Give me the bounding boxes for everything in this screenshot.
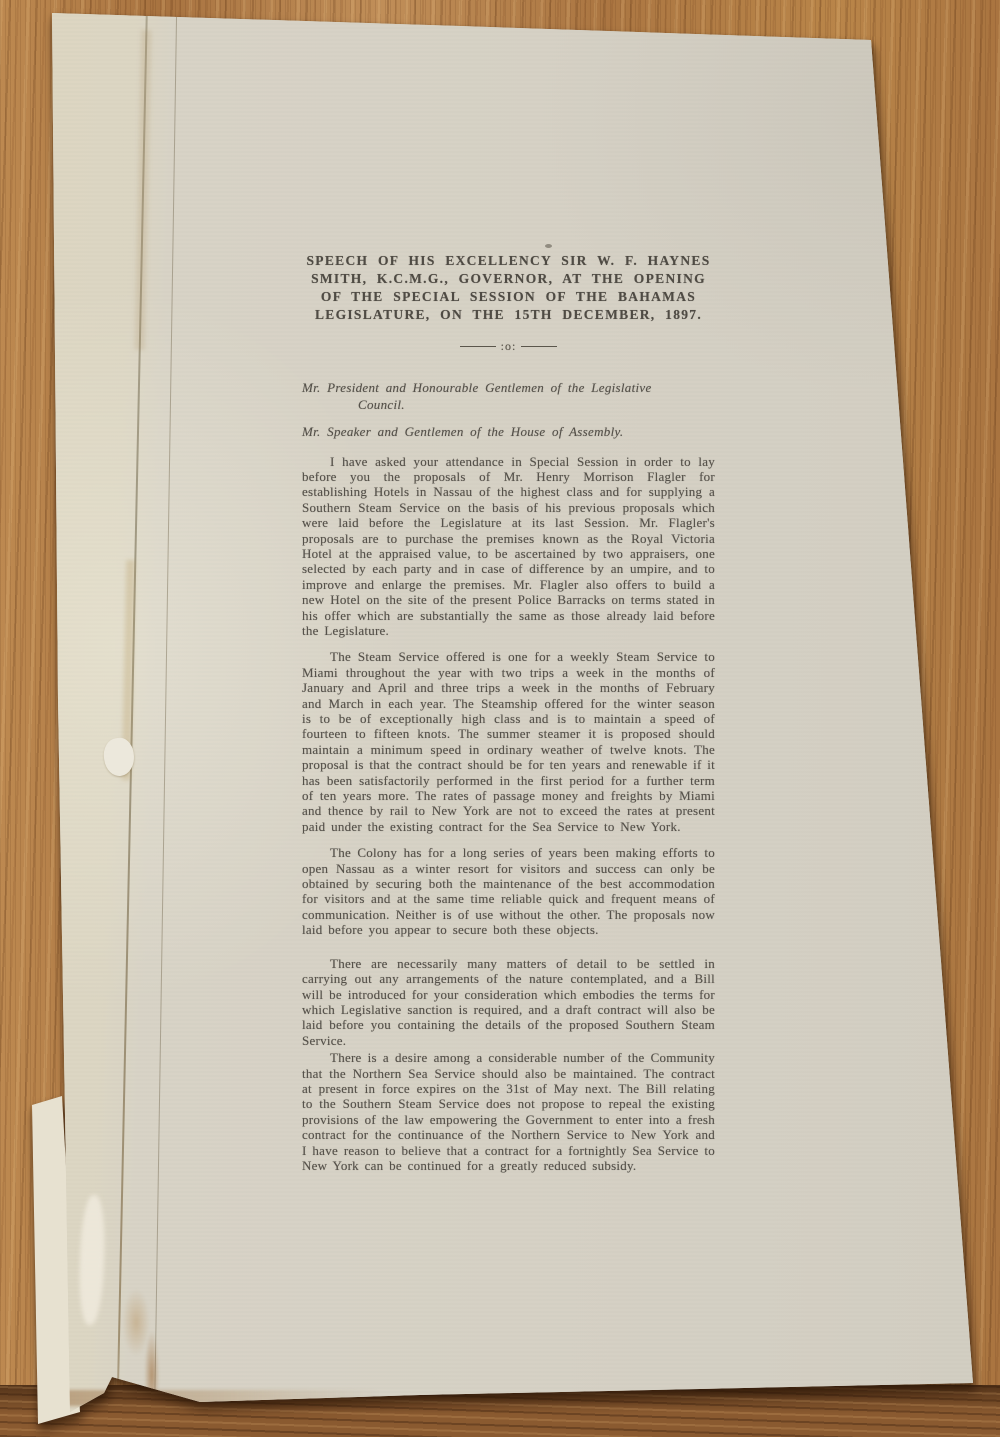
speech-body: I have asked your attendance in Special … xyxy=(302,454,715,1174)
divider-rule-left xyxy=(460,346,496,347)
speech-paragraph: There are necessarily many matters of de… xyxy=(302,956,715,1048)
document-page: SPEECH OF HIS EXCELLENCY SIR W. F. HAYNE… xyxy=(0,0,1000,1437)
page-crease-left xyxy=(116,0,148,1437)
salutations: Mr. President and Honourable Gentlemen o… xyxy=(302,380,715,441)
divider-rule-right xyxy=(521,346,557,347)
title-line: SPEECH OF HIS EXCELLENCY SIR W. F. HAYNE… xyxy=(302,252,715,270)
crease-stain xyxy=(122,560,136,780)
paper-wear-streak xyxy=(78,1195,107,1326)
divider-ornament: :o: xyxy=(501,339,517,354)
title-line: LEGISLATURE, ON THE 15TH DECEMBER, 1897. xyxy=(302,306,715,324)
photo-of-document: SPEECH OF HIS EXCELLENCY SIR W. F. HAYNE… xyxy=(0,0,1000,1437)
title-divider: :o: xyxy=(302,339,715,354)
rust-stain-bottom-edge xyxy=(60,1390,380,1406)
speech-paragraph: The Colony has for a long series of year… xyxy=(302,845,715,937)
title-line: OF THE SPECIAL SESSION OF THE BAHAMAS xyxy=(302,288,715,306)
rust-stain-bottom-left xyxy=(118,1255,170,1405)
title-line: SMITH, K.C.M.G., GOVERNOR, AT THE OPENIN… xyxy=(302,270,715,288)
paper-stack: SPEECH OF HIS EXCELLENCY SIR W. F. HAYNE… xyxy=(0,0,1000,1437)
salutation-line: Mr. Speaker and Gentlemen of the House o… xyxy=(302,424,715,441)
salutation-line: Mr. President and Honourable Gentlemen o… xyxy=(302,380,715,397)
printed-content: SPEECH OF HIS EXCELLENCY SIR W. F. HAYNE… xyxy=(302,252,715,1184)
document-title: SPEECH OF HIS EXCELLENCY SIR W. F. HAYNE… xyxy=(302,252,715,324)
salutation-line: Council. xyxy=(302,397,715,414)
speech-paragraph: I have asked your attendance in Special … xyxy=(302,454,715,639)
speech-paragraph: The Steam Service offered is one for a w… xyxy=(302,649,715,834)
ink-speck xyxy=(545,244,552,248)
salutation: Mr. President and Honourable Gentlemen o… xyxy=(302,380,715,413)
page-crease-inner xyxy=(154,0,178,1437)
salutation: Mr. Speaker and Gentlemen of the House o… xyxy=(302,424,715,441)
faint-stain-top-left xyxy=(135,30,152,350)
speech-paragraph: There is a desire among a considerable n… xyxy=(302,1050,715,1173)
